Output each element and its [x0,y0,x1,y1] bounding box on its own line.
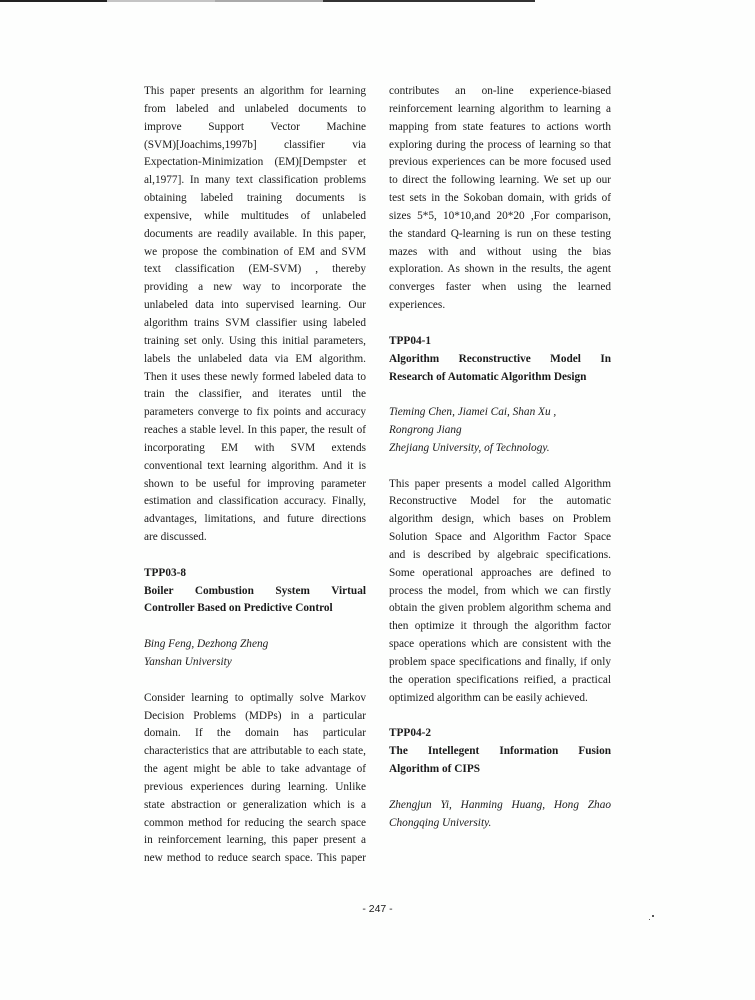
text-line: train the classifier, and iterates until… [144,386,366,404]
paper-authors: Zhengjun Yi, Hanming Huang, Hong Zhao Ch… [389,797,611,833]
text-line: reinforcement learning algorithm to lear… [389,101,611,119]
text-line: advantages, limitations, and future dire… [144,511,366,529]
author-names: Bing Feng, Dezhong Zheng [144,636,366,654]
text-line: unlabeled data into supervised learning.… [144,297,366,315]
text-line: state abstraction or generalization whic… [144,797,366,815]
text-line: then optimize it through the algorithm f… [389,618,611,636]
text-line: in reinforcement learning, this paper pr… [144,832,366,850]
text-line: estimation and classification accuracy. … [144,493,366,511]
text-line: the standard Q-learning is run on these … [389,226,611,244]
title-line: Algorithm of CIPS [389,761,611,779]
paper-authors: Bing Feng, Dezhong Zheng Yanshan Univers… [144,636,366,672]
text-line: documents are readily available. In this… [144,226,366,244]
text-line: incorporating EM with SVM extends [144,440,366,458]
text-line: optimized algorithm can be easily achiev… [389,690,611,708]
title-line: Algorithm Reconstructive Model In [389,351,611,369]
text-line: exploring during the process of learning… [389,137,611,155]
text-line: previous experiences can be more focused… [389,154,611,172]
text-line: are discussed. [144,529,366,547]
text-line: characteristics that are attributable to… [144,743,366,761]
text-line: from labeled and unlabeled documents to [144,101,366,119]
text-line: problem space specifications and finally… [389,654,611,672]
author-names: Zhengjun Yi, Hanming Huang, Hong Zhao [389,797,611,815]
text-line: we propose the combination of EM and SVM [144,244,366,262]
text-line: providing a new way to incorporate the [144,279,366,297]
text-line: new method to reduce search space. This … [144,850,366,868]
right-column: contributes an on-line experience-biased… [389,83,611,832]
text-line: al,1977]. In many text classification pr… [144,172,366,190]
text-line: shown to be useful for improving paramet… [144,476,366,494]
text-line: algorithm trains SVM classifier using la… [144,315,366,333]
paper-entry-tpp03-8: TPP03-8 Boiler Combustion System Virtual… [144,565,366,868]
scan-edge-line [323,0,535,2]
title-line: Boiler Combustion System Virtual [144,583,366,601]
abstract-paragraph: This paper presents an algorithm for lea… [144,83,366,547]
text-line: obtaining labeled training documents is [144,190,366,208]
text-line: domain. If the domain has particular [144,725,366,743]
affiliation: Zhejiang University, of Technology. [389,440,611,458]
scan-edge-line [0,0,107,2]
text-line: common method for reducing the search sp… [144,815,366,833]
affiliation: Yanshan University [144,654,366,672]
text-line: experiences. [389,297,611,315]
text-line: process the model, from which we can fir… [389,583,611,601]
text-line: test sets in the Sokoban domain, with gr… [389,190,611,208]
text-line: algorithm design, which bases on Problem [389,511,611,529]
text-line: improve Support Vector Machine [144,119,366,137]
paper-title: Boiler Combustion System Virtual Control… [144,583,366,619]
text-line: the agent might be able to take advantag… [144,761,366,779]
text-line: space operations which are consistent wi… [389,636,611,654]
abstract-paragraph: This paper presents a model called Algor… [389,476,611,708]
text-line: previous experiences during learning. Un… [144,779,366,797]
paper-entry-tpp04-2: TPP04-2 The Intellegent Information Fusi… [389,725,611,832]
paper-title: The Intellegent Information Fusion Algor… [389,743,611,779]
text-line: labels the unlabeled data via EM algorit… [144,351,366,369]
author-names: Rongrong Jiang [389,422,611,440]
scan-edge-line [107,0,215,2]
text-line: Expectation-Minimization (EM)[Dempster e… [144,154,366,172]
text-line: Consider learning to optimally solve Mar… [144,690,366,708]
paper-authors: Tieming Chen, Jiamei Cai, Shan Xu , Rong… [389,404,611,458]
title-line: Controller Based on Predictive Control [144,600,366,618]
paper-code: TPP04-1 [389,333,611,351]
text-line: expensive, while multitudes of unlabeled [144,208,366,226]
text-line: parameters converge to fix points and ac… [144,404,366,422]
left-column: This paper presents an algorithm for lea… [144,83,366,868]
title-line: The Intellegent Information Fusion [389,743,611,761]
text-line: mapping from state features to actions w… [389,119,611,137]
text-line: and is described by algebraic specificat… [389,547,611,565]
text-line: exploration. As shown in the results, th… [389,261,611,279]
continued-paragraph: contributes an on-line experience-biased… [389,83,611,315]
text-line: obtain the given problem algorithm schem… [389,600,611,618]
text-line: to direct the following learning. We set… [389,172,611,190]
paper-title: Algorithm Reconstructive Model In Resear… [389,351,611,387]
title-line: Research of Automatic Algorithm Design [389,369,611,387]
paper-entry-tpp04-1: TPP04-1 Algorithm Reconstructive Model I… [389,333,611,708]
text-line: text classification (EM-SVM) , thereby [144,261,366,279]
scan-speck [652,915,654,917]
text-line: Then it uses these newly formed labeled … [144,369,366,387]
abstract-paragraph: Consider learning to optimally solve Mar… [144,690,366,868]
text-line: sizes 5*5, 10*10,and 20*20 ,For comparis… [389,208,611,226]
paper-code: TPP03-8 [144,565,366,583]
text-line: Reconstructive Model for the automatic [389,493,611,511]
text-line: contributes an on-line experience-biased [389,83,611,101]
text-line: reaches a stable level. In this paper, t… [144,422,366,440]
author-names: Tieming Chen, Jiamei Cai, Shan Xu , [389,404,611,422]
affiliation: Chongqing University. [389,815,611,833]
text-line: (SVM)[Joachims,1997b] classifier via [144,137,366,155]
text-line: Solution Space and Algorithm Factor Spac… [389,529,611,547]
text-line: mazes with and without using the bias [389,244,611,262]
text-line: Decision Problems (MDPs) in a particular [144,708,366,726]
text-line: Some operational approaches are defined … [389,565,611,583]
text-line: the operation specifications reified, a … [389,672,611,690]
scan-edge-line [215,0,323,2]
scan-speck [649,919,650,920]
text-line: conventional text learning algorithm. An… [144,458,366,476]
text-line: training set only. Using this initial pa… [144,333,366,351]
paper-code: TPP04-2 [389,725,611,743]
text-line: converges faster when using the learned [389,279,611,297]
page-number: - 247 - [0,903,755,915]
text-line: This paper presents an algorithm for lea… [144,83,366,101]
text-line: This paper presents a model called Algor… [389,476,611,494]
